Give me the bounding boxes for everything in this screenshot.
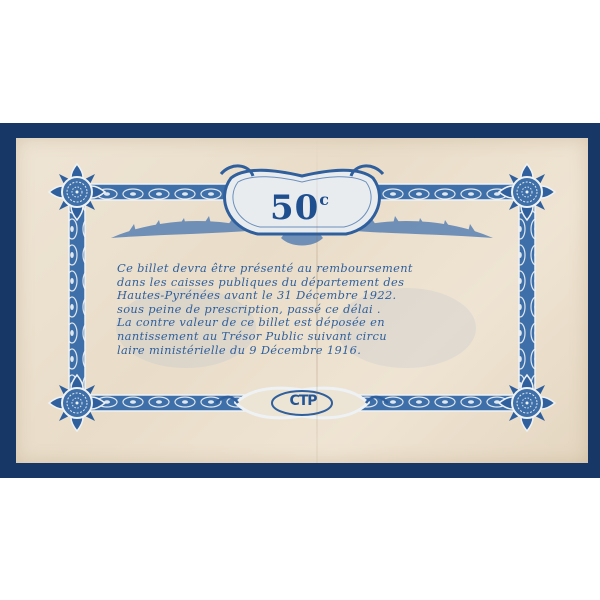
denomination-value: 50 [270,188,319,228]
denomination-unit: c [319,190,330,209]
monogram: CTP [281,393,325,409]
redemption-text: Ce billet devra être présenté au rembour… [117,262,522,357]
text-line: dans les caisses publiques du départemen… [117,276,522,290]
text-line: Ce billet devra être présenté au rembour… [117,262,522,276]
banknote: 50c CTP Ce billet devra être présenté au… [16,138,588,463]
text-line: Hautes-Pyrénées avant le 31 Décembre 192… [117,289,522,303]
text-line: laire ministérielle du 9 Décembre 1916. [117,344,522,358]
text-line: nantissement au Trésor Public suivant ci… [117,330,522,344]
text-line: La contre valeur de ce billet est déposé… [117,316,522,330]
denomination: 50c [245,188,355,228]
text-line: sous peine de prescription, passé ce dél… [117,303,522,317]
